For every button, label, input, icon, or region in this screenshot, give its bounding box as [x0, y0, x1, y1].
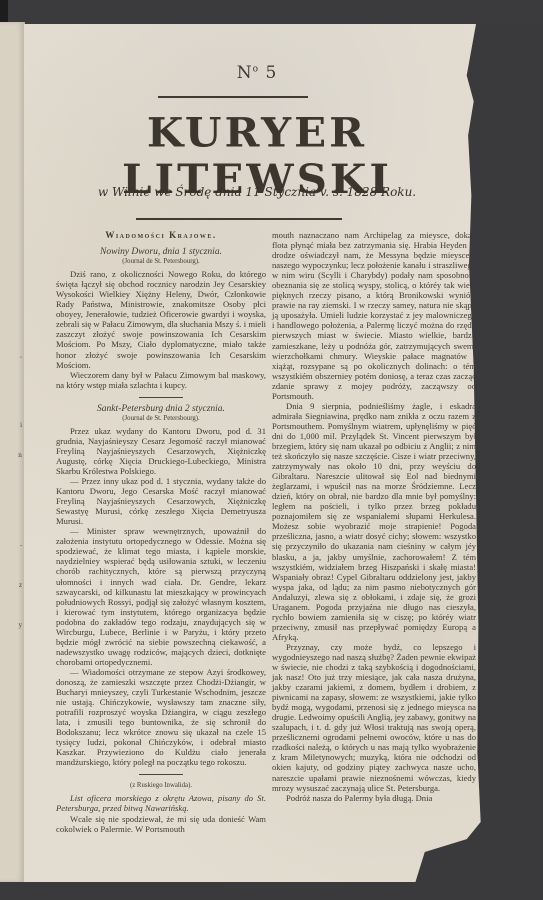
section-heading: Wiadomości Krajowe.: [56, 230, 266, 240]
article-paragraph: Przez ukaz wydany do Kantoru Dworu, pod …: [56, 426, 266, 476]
prev-page-fragment: n: [2, 452, 22, 460]
dateline: w Wilnie we Środę dnia 11 Stycznia v. s.…: [24, 185, 490, 199]
article-source: (z Ruskiego Inwalida).: [56, 781, 266, 791]
article-paragraph: mouth naznaczano nam Archipelag za mieys…: [272, 230, 476, 401]
article-paragraph: Wcale się nie spodziewał, że mi się uda …: [56, 814, 266, 834]
previous-page-edge: , i n - z y: [0, 22, 25, 882]
article-paragraph: Podróż nasza do Palermy była długą. Dnia: [272, 793, 476, 803]
article-paragraph: Wieczorem dany był w Pałacu Zimowym bal …: [56, 370, 266, 390]
article-paragraph: Przyznay, czy może bydź, co lepszego i w…: [272, 642, 476, 793]
prev-page-fragment: i: [2, 422, 22, 430]
scan-backdrop-bottom: [0, 882, 543, 900]
prev-page-fragment: z: [2, 582, 22, 590]
prev-page-fragment: ,: [2, 352, 22, 360]
article-source: (Journal de St. Petersbourg).: [56, 257, 266, 267]
article-paragraph: — Minister spraw wewnętrznych, upoważnił…: [56, 526, 266, 667]
article-paragraph: — Wiadomości otrzymane ze stepow Azyi śr…: [56, 667, 266, 767]
newspaper-page: No 5 KURYER LITEWSKI w Wilnie we Środę d…: [24, 24, 490, 882]
article-paragraph: Dnia 9 sierpnia, podnieśliśmy żagle, i e…: [272, 401, 476, 642]
article-divider: [139, 397, 183, 398]
left-column: Wiadomości Krajowe. Nowiny Dworu, dnia 1…: [56, 230, 266, 834]
article-heading: Sankt-Petersburg dnia 2 stycznia.: [56, 404, 266, 414]
scan-backdrop-top: [0, 0, 543, 24]
prev-page-fragment: y: [2, 622, 22, 630]
prev-page-fragment: -: [2, 542, 22, 550]
masthead-rule-bottom: [136, 218, 342, 220]
article-paragraph: Dziś rano, z okoliczności Nowego Roku, d…: [56, 269, 266, 369]
right-column: mouth naznaczano nam Archipelag za mieys…: [272, 230, 476, 803]
article-divider: [139, 774, 183, 775]
article-heading: Nowiny Dworu, dnia 1 stycznia.: [56, 247, 266, 257]
issue-prefix: N: [237, 63, 253, 83]
issue-number: No 5: [24, 63, 490, 83]
issue-value: 5: [265, 63, 277, 83]
issue-sup: o: [253, 64, 259, 74]
article-source: (Journal de St. Petersbourg).: [56, 414, 266, 424]
letter-title: List oficera morskiego z okrętu Azowa, p…: [56, 793, 266, 813]
masthead-rule-top: [158, 96, 308, 98]
article-paragraph: — Przez inny ukaz pod d. 1 stycznia, wyd…: [56, 476, 266, 526]
